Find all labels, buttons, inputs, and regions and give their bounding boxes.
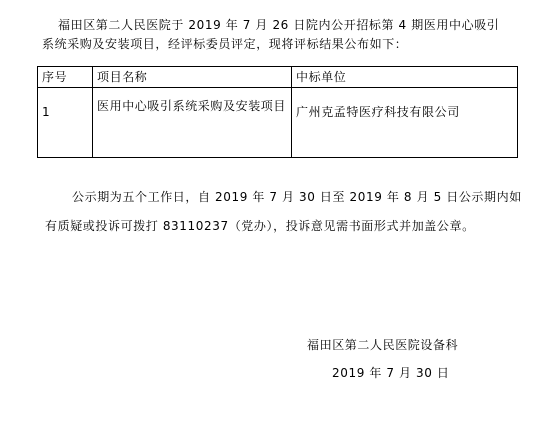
header-winner: 中标单位 <box>292 67 518 88</box>
header-project-name: 项目名称 <box>93 67 292 88</box>
notice-text-line-1: 公示期为五个工作日，自 2019 年 7 月 30 日至 2019 年 8 月 … <box>72 190 522 204</box>
cell-index: 1 <box>38 88 93 158</box>
intro-text-line-2: 系统采购及安装项目，经评标委员评定，现将评标结果公布如下： <box>42 37 407 51</box>
table-header-row: 序号 项目名称 中标单位 <box>38 67 518 88</box>
signature-date: 2019 年 7 月 30 日 <box>332 366 450 380</box>
signature-department: 福田区第二人民医院设备科 <box>307 338 458 352</box>
notice-text-line-2: 有质疑或投诉可拨打 83110237（党办），投诉意见需书面形式并加盖公章。 <box>45 219 475 233</box>
cell-winner: 广州克孟特医疗科技有限公司 <box>292 88 518 158</box>
cell-project-name: 医用中心吸引系统采购及安装项目 <box>93 88 292 158</box>
bid-result-table: 序号 项目名称 中标单位 1 医用中心吸引系统采购及安装项目 广州克孟特医疗科技… <box>37 66 518 158</box>
header-index: 序号 <box>38 67 93 88</box>
intro-text-line-1: 福田区第二人民医院于 2019 年 7 月 26 日院内公开招标第 4 期医用中… <box>58 18 499 32</box>
table-row: 1 医用中心吸引系统采购及安装项目 广州克孟特医疗科技有限公司 <box>38 88 518 158</box>
